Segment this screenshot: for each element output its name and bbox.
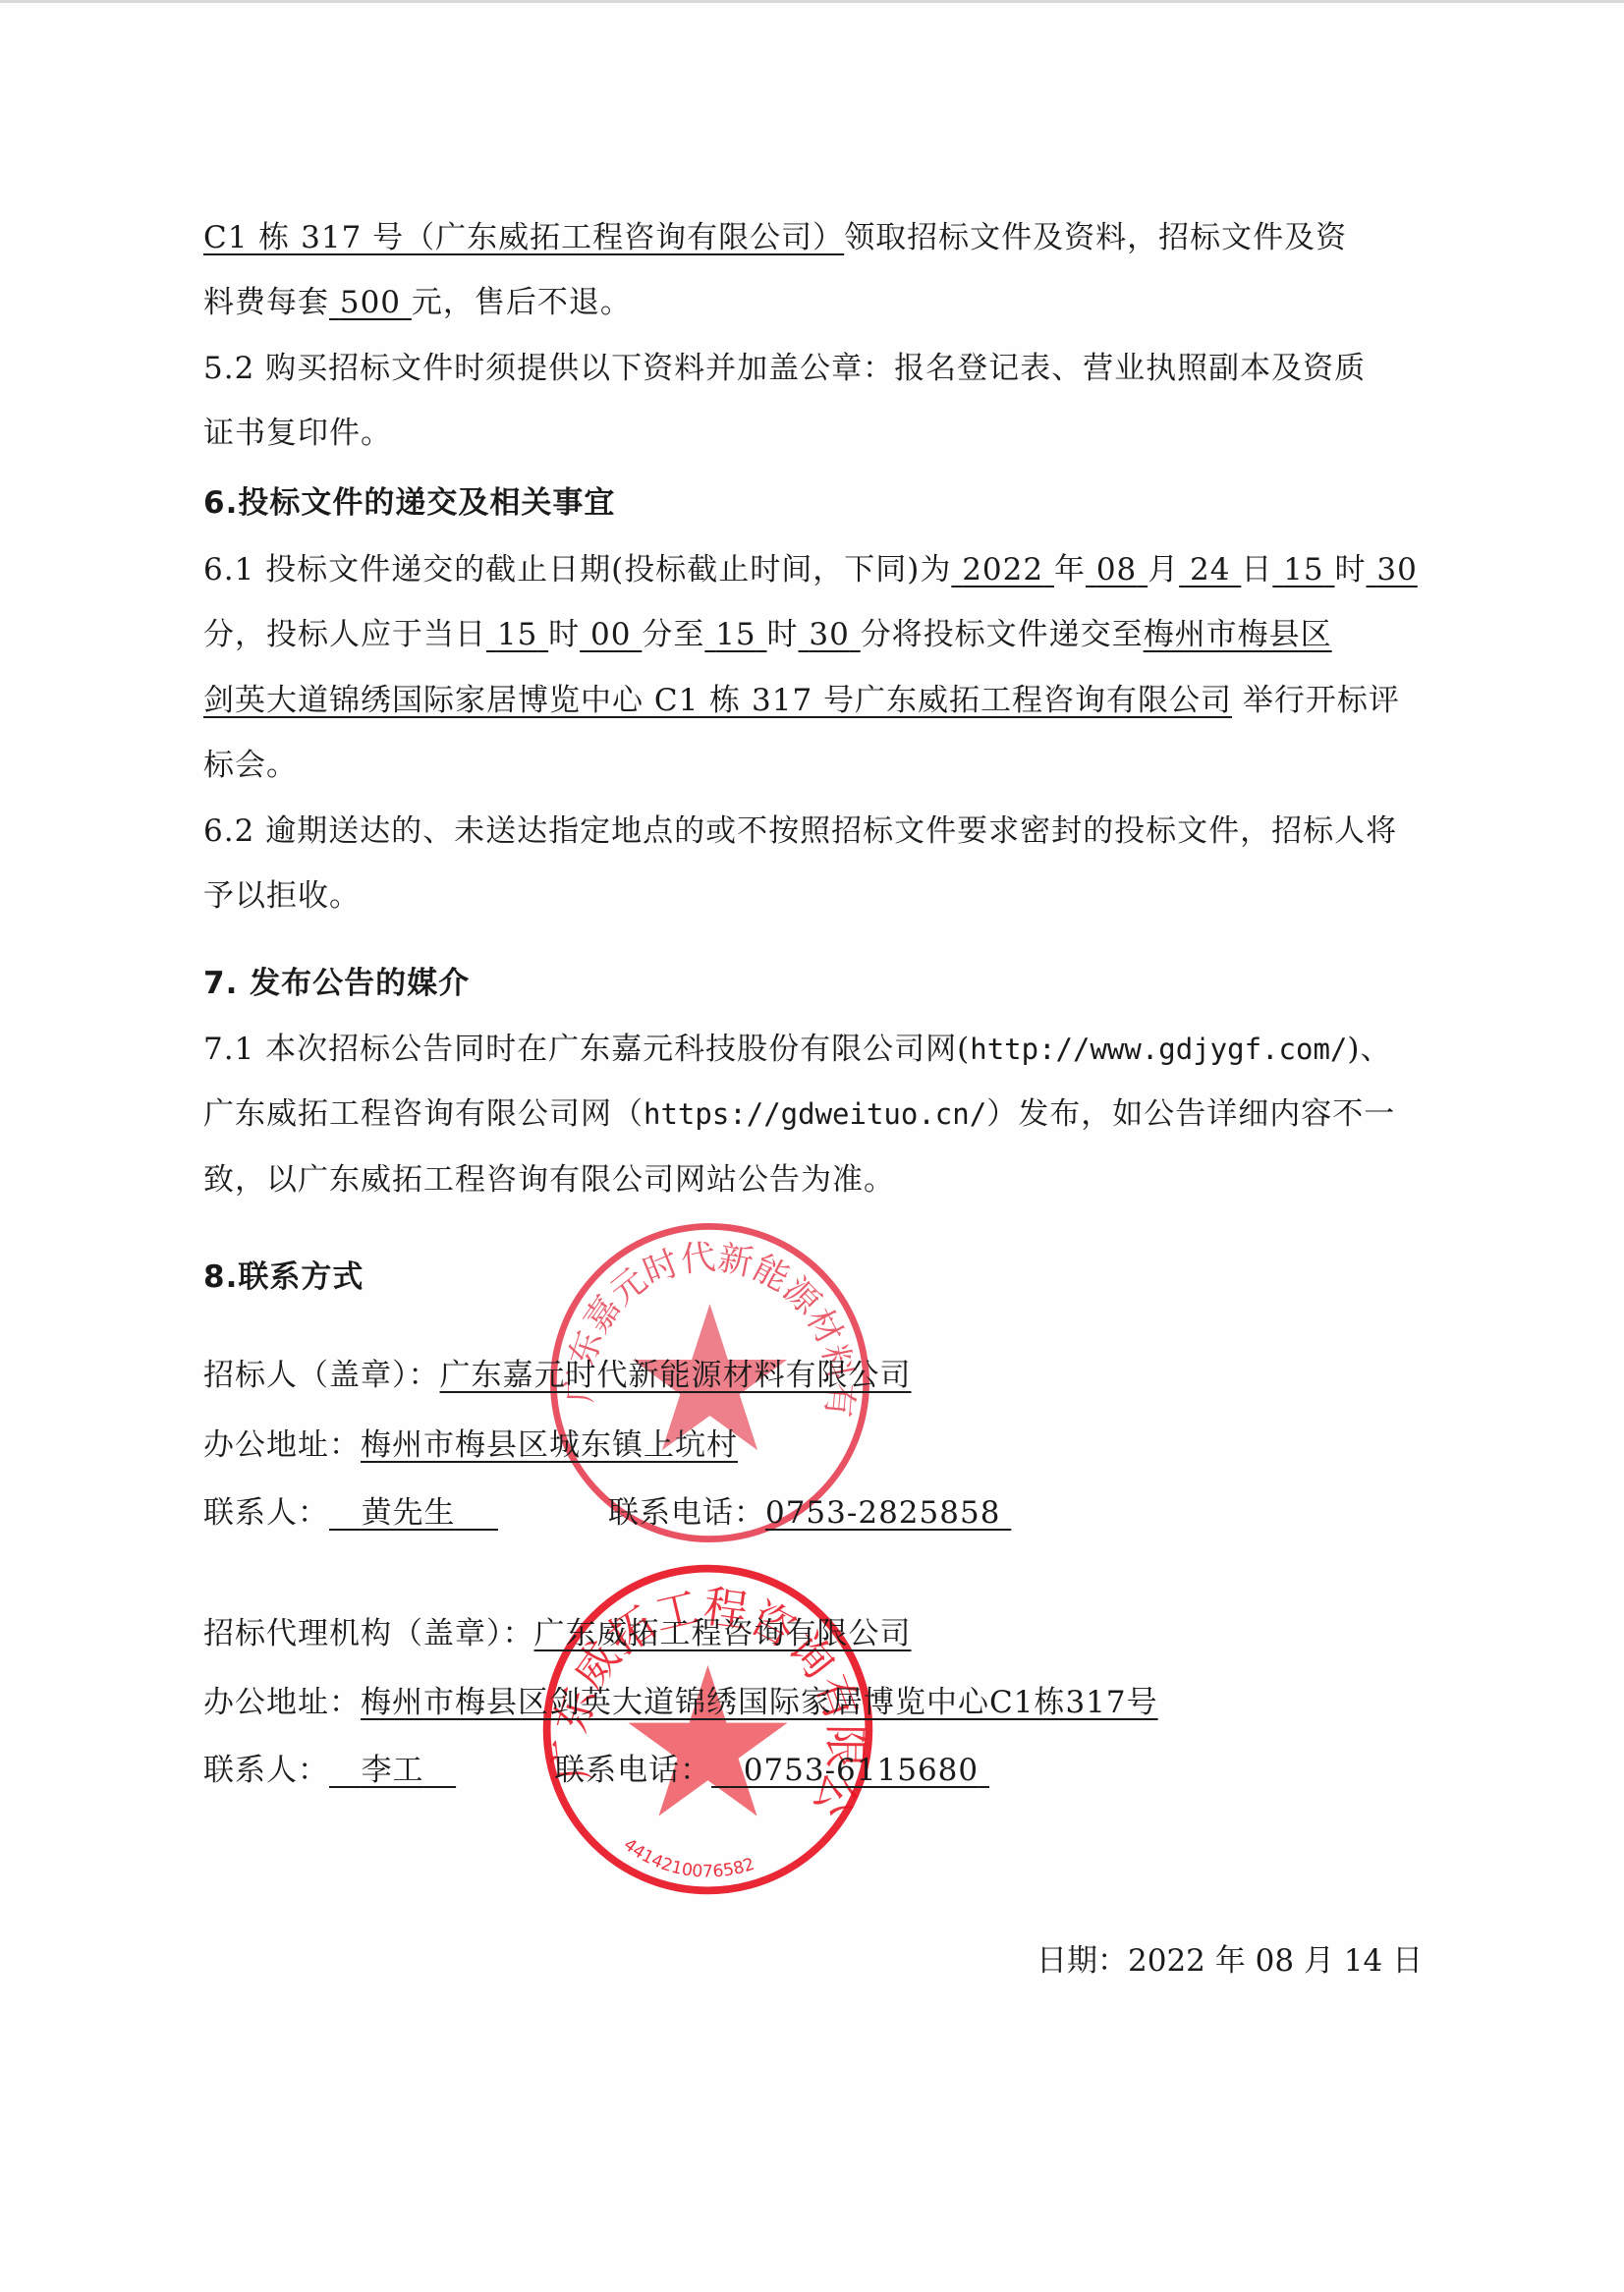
pickup-location: C1 栋 317 号（广东威拓工程咨询有限公司）: [203, 220, 844, 255]
tenderer-contact-row: 联系人： 黄先生 联系电话：0753-2825858: [203, 1493, 1011, 1533]
value: 0753-2825858: [765, 1495, 1000, 1531]
text: 月: [1304, 1943, 1334, 1979]
label: 招标人（盖章）：: [203, 1358, 440, 1393]
date-day: 14: [1344, 1943, 1382, 1979]
text: 举行开标评: [1243, 683, 1400, 718]
label: 办公地址：: [203, 1685, 361, 1720]
value: 30: [1376, 552, 1417, 587]
agency-address-row: 办公地址：梅州市梅县区剑英大道锦绣国际家居博览中心C1栋317号: [203, 1683, 1158, 1722]
date-year: 2022: [1128, 1943, 1205, 1979]
deadline-day: 24: [1179, 552, 1241, 587]
fee-value: 500: [340, 285, 401, 320]
submission-location-part2: 剑英大道锦绣国际家居博览中心 C1 栋 317 号广东威拓工程咨询有限公司: [203, 683, 1232, 718]
section-6-heading: 6.投标文件的递交及相关事宜: [203, 483, 615, 523]
section-7-heading: 7. 发布公告的媒介: [203, 964, 470, 1003]
value: 2022: [962, 552, 1043, 587]
item-5-2-line1: 5.2 购买招标文件时须提供以下资料并加盖公章：报名登记表、营业执照副本及资质: [203, 349, 1366, 388]
text: 6.1 投标文件递交的截止日期(投标截止时间，下同)为: [203, 552, 951, 587]
item-6-2-line2: 予以拒收。: [203, 876, 361, 916]
value: 30: [809, 617, 849, 652]
text: 时: [1334, 552, 1366, 587]
document-fee: 500: [329, 285, 412, 320]
text: 分，投标人应于当日: [203, 617, 486, 652]
value: 08: [1096, 552, 1137, 587]
agency-phone: 0753-6115680: [711, 1753, 989, 1788]
deadline-year: 2022: [951, 552, 1054, 587]
text: )、: [1347, 1032, 1391, 1067]
deadline-hour: 15: [1272, 552, 1334, 587]
value: 00: [590, 617, 631, 652]
agency-contact: 李工: [329, 1753, 456, 1788]
paragraph-continued-line1: C1 栋 317 号（广东威拓工程咨询有限公司）领取招标文件及资料，招标文件及资: [203, 218, 1347, 257]
deadline-month: 08: [1086, 552, 1148, 587]
paragraph-continued-line2: 料费每套 500 元，售后不退。: [203, 283, 632, 322]
tenderer-phone: 0753-2825858: [765, 1495, 1011, 1531]
text: 分至: [642, 617, 704, 652]
text: 领取招标文件及资料，招标文件及资: [844, 220, 1347, 255]
to-hour: 15: [704, 617, 766, 652]
text: 广东威拓工程咨询有限公司网（: [203, 1096, 644, 1132]
text: 时: [548, 617, 580, 652]
label: 联系电话：: [554, 1753, 711, 1788]
value: 0753-6115680: [744, 1753, 979, 1788]
item-6-2-line1: 6.2 逾期送达的、未送达指定地点的或不按照招标文件要求密封的投标文件，招标人将: [203, 811, 1397, 851]
submission-location-part1: 梅州市梅县区: [1144, 617, 1332, 652]
label: 日期：: [1036, 1943, 1128, 1979]
value: 15: [1283, 552, 1323, 587]
text: 日: [1241, 552, 1272, 587]
seal-icon: 广东威拓工程咨询有限公司 4414210076582: [538, 1560, 877, 1899]
document-page: C1 栋 317 号（广东威拓工程咨询有限公司）领取招标文件及资料，招标文件及资…: [0, 0, 1624, 2292]
item-6-1-line1: 6.1 投标文件递交的截止日期(投标截止时间，下同)为 2022 年 08 月 …: [203, 550, 1418, 589]
agency-row: 招标代理机构（盖章）：广东威拓工程咨询有限公司: [203, 1614, 912, 1653]
text: 年: [1054, 552, 1086, 587]
text: 日: [1392, 1943, 1423, 1979]
tenderer-address-row: 办公地址：梅州市梅县区城东镇上坑村: [203, 1426, 738, 1465]
text: 分将投标文件递交至: [861, 617, 1144, 652]
agency-name: 广东威拓工程咨询有限公司: [534, 1616, 912, 1651]
text: 月: [1148, 552, 1179, 587]
svg-text:4414210076582: 4414210076582: [620, 1835, 757, 1882]
agency-seal-stamp: 广东威拓工程咨询有限公司 4414210076582: [538, 1560, 877, 1899]
website-link-gdweituo[interactable]: https://gdweituo.cn/: [644, 1097, 986, 1131]
text: 料费每套: [203, 285, 329, 320]
item-7-1-line1: 7.1 本次招标公告同时在广东嘉元科技股份有限公司网(http://www.gd…: [203, 1030, 1391, 1069]
deadline-minute: 30: [1366, 552, 1417, 587]
section-8-heading: 8.联系方式: [203, 1258, 364, 1297]
item-7-1-line2: 广东威拓工程咨询有限公司网（https://gdweituo.cn/）发布，如公…: [203, 1094, 1395, 1134]
label: 联系电话：: [608, 1495, 765, 1531]
document-date: 日期：2022 年 08 月 14 日: [1036, 1941, 1423, 1981]
tenderer-row: 招标人（盖章）：广东嘉元时代新能源材料有限公司: [203, 1356, 912, 1395]
label: 办公地址：: [203, 1427, 361, 1463]
tenderer-contact: 黄先生: [329, 1495, 498, 1531]
item-5-2-line2: 证书复印件。: [203, 414, 392, 453]
text: 7.1 本次招标公告同时在广东嘉元科技股份有限公司网(: [203, 1032, 970, 1067]
scan-top-edge: [0, 0, 1624, 3]
value: 24: [1190, 552, 1230, 587]
from-hour: 15: [486, 617, 548, 652]
tenderer-address: 梅州市梅县区城东镇上坑村: [361, 1427, 738, 1463]
item-6-1-line3: 剑英大道锦绣国际家居博览中心 C1 栋 317 号广东威拓工程咨询有限公司 举行…: [203, 681, 1400, 720]
value: 黄先生: [362, 1495, 456, 1531]
agency-contact-row: 联系人： 李工 联系电话： 0753-6115680: [203, 1751, 989, 1790]
value: 15: [715, 617, 756, 652]
text: 时: [767, 617, 799, 652]
from-minute: 00: [580, 617, 642, 652]
tenderer-name: 广东嘉元时代新能源材料有限公司: [440, 1358, 912, 1393]
value: 李工: [362, 1753, 424, 1788]
label: 联系人：: [203, 1753, 329, 1788]
agency-address: 梅州市梅县区剑英大道锦绣国际家居博览中心C1栋317号: [361, 1685, 1158, 1720]
value: 15: [497, 617, 537, 652]
text: ）发布，如公告详细内容不一: [986, 1096, 1395, 1132]
item-6-1-line4: 标会。: [203, 746, 298, 785]
date-month: 08: [1256, 1943, 1294, 1979]
text: 元，售后不退。: [412, 285, 632, 320]
label: 招标代理机构（盖章）：: [203, 1616, 534, 1651]
to-minute: 30: [799, 617, 861, 652]
item-6-1-line2: 分，投标人应于当日 15 时 00 分至 15 时 30 分将投标文件递交至梅州…: [203, 615, 1332, 654]
label: 联系人：: [203, 1495, 329, 1531]
text: 年: [1215, 1943, 1246, 1979]
item-7-1-line3: 致，以广东威拓工程咨询有限公司网站公告为准。: [203, 1160, 895, 1200]
website-link-gdjygf[interactable]: http://www.gdjygf.com/: [970, 1033, 1347, 1066]
